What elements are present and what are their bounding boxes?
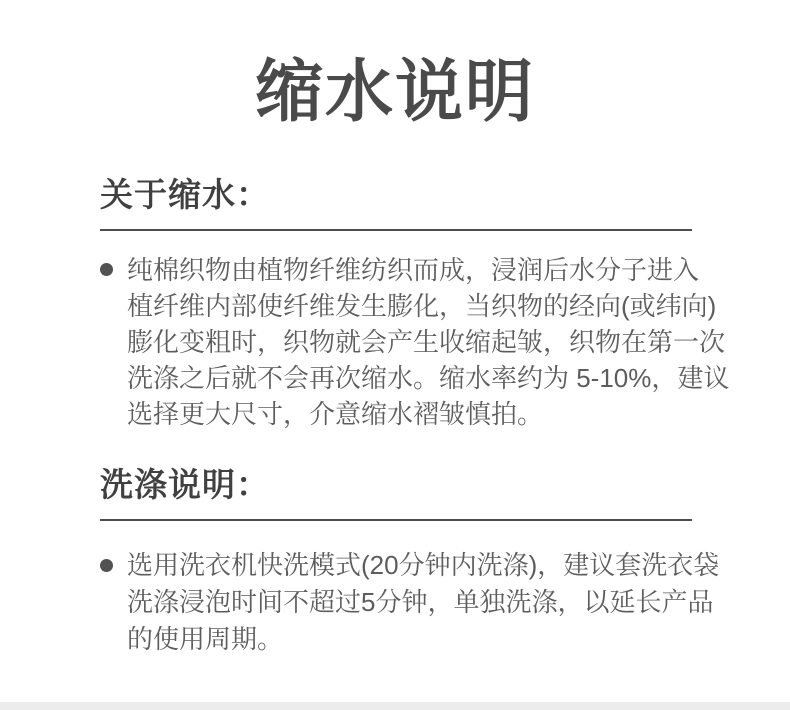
- shrinkage-notice-page: 缩水说明 关于缩水： 纯棉织物由植物纤维纺织而成，浸润后水分子进入 植纤维内部使…: [0, 0, 790, 710]
- paragraph-line: 膨化变粗时，织物就会产生收缩起皱，织物在第一次: [127, 324, 692, 360]
- washing-instructions-list-item: 选用洗衣机快洗模式(20分钟内洗涤)，建议套洗衣袋 洗涤浸泡时间不超过5分钟，单…: [100, 547, 692, 658]
- paragraph-line: 的使用周期。: [127, 621, 692, 658]
- bullet-icon: [100, 559, 113, 572]
- about-shrinkage-heading: 关于缩水：: [100, 176, 692, 214]
- paragraph-line: 洗涤浸泡时间不超过5分钟，单独洗涤，以延长产品: [127, 584, 692, 621]
- page-title: 缩水说明: [0, 0, 790, 131]
- about-shrinkage-list-item: 纯棉织物由植物纤维纺织而成，浸润后水分子进入 植纤维内部使纤维发生膨化，当织物的…: [100, 252, 692, 432]
- content-column: 关于缩水： 纯棉织物由植物纤维纺织而成，浸润后水分子进入 植纤维内部使纤维发生膨…: [100, 176, 692, 658]
- section-divider: [100, 519, 692, 521]
- section-divider: [100, 229, 692, 231]
- paragraph-line: 选择更大尺寸，介意缩水褶皱慎拍。: [127, 396, 692, 432]
- paragraph-line: 植纤维内部使纤维发生膨化，当织物的经向(或纬向): [127, 288, 692, 324]
- washing-instructions-heading: 洗涤说明：: [100, 466, 692, 504]
- paragraph-line: 洗涤之后就不会再次缩水。缩水率约为 5-10%，建议: [127, 360, 692, 396]
- section-about-shrinkage: 关于缩水： 纯棉织物由植物纤维纺织而成，浸润后水分子进入 植纤维内部使纤维发生膨…: [100, 176, 692, 432]
- paragraph-line: 选用洗衣机快洗模式(20分钟内洗涤)，建议套洗衣袋: [127, 547, 692, 584]
- next-section-edge: [0, 702, 790, 710]
- section-washing-instructions: 洗涤说明： 选用洗衣机快洗模式(20分钟内洗涤)，建议套洗衣袋 洗涤浸泡时间不超…: [100, 466, 692, 658]
- bullet-icon: [100, 263, 113, 276]
- paragraph-line: 纯棉织物由植物纤维纺织而成，浸润后水分子进入: [127, 252, 692, 288]
